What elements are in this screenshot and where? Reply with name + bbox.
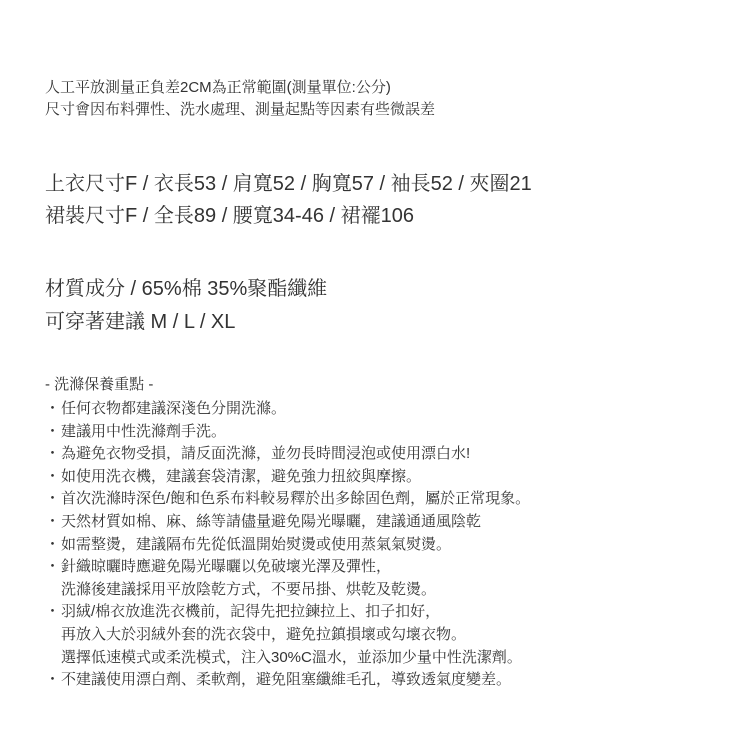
bullet-dot: ・ xyxy=(45,421,61,444)
care-instruction-continuation-line: 洗滌後建議採用平放陰乾方式，不要吊掛、烘乾及乾燙。 xyxy=(45,579,710,602)
skirt-size-line: 裙裝尺寸F / 全長89 / 腰寬34-46 / 裙襬106 xyxy=(45,200,710,232)
bullet-dot: ・ xyxy=(45,443,61,466)
care-instruction-text: 天然材質如棉、麻、絲等請儘量避免陽光曝曬，建議通通風陰乾 xyxy=(61,513,481,530)
bullet-dot: ・ xyxy=(45,488,61,511)
measurement-note-line2: 尺寸會因布料彈性、洗水處理、測量起點等因素有些微誤差 xyxy=(45,99,710,121)
care-instruction-line: ・如使用洗衣機，建議套袋清潔，避免強力扭絞與摩擦。 xyxy=(45,466,710,489)
care-instruction-line: ・建議用中性洗滌劑手洗。 xyxy=(45,421,710,444)
care-instruction-text: 洗滌後建議採用平放陰乾方式，不要吊掛、烘乾及乾燙。 xyxy=(61,581,436,598)
top-size-line: 上衣尺寸F / 衣長53 / 肩寬52 / 胸寬57 / 袖長52 / 夾圈21 xyxy=(45,168,710,200)
care-instruction-line: ・羽絨/棉衣放進洗衣機前，記得先把拉鍊拉上、扣子扣好， xyxy=(45,601,710,624)
bullet-dot: ・ xyxy=(45,466,61,489)
bullet-dot: ・ xyxy=(45,669,61,692)
care-section-title: - 洗滌保養重點 - xyxy=(45,374,710,396)
product-detail-page: 人工平放測量正負差2CM為正常範圍(測量單位:公分) 尺寸會因布料彈性、洗水處理… xyxy=(0,0,750,750)
care-instruction-text: 不建議使用漂白劑、柔軟劑，避免阻塞纖維毛孔，導致透氣度變差。 xyxy=(61,671,511,688)
size-recommendation-line: 可穿著建議 M / L / XL xyxy=(45,306,710,339)
care-section: - 洗滌保養重點 - ・任何衣物都建議深淺色分開洗滌。 ・建議用中性洗滌劑手洗。… xyxy=(45,374,710,692)
material-composition-line: 材質成分 / 65%棉 35%聚酯纖維 xyxy=(45,273,710,306)
care-instruction-line: ・為避免衣物受損，請反面洗滌，並勿長時間浸泡或使用漂白水! xyxy=(45,443,710,466)
care-instruction-line: ・不建議使用漂白劑、柔軟劑，避免阻塞纖維毛孔，導致透氣度變差。 xyxy=(45,669,710,692)
measurement-note-line1: 人工平放測量正負差2CM為正常範圍(測量單位:公分) xyxy=(45,77,710,99)
care-instruction-text: 羽絨/棉衣放進洗衣機前，記得先把拉鍊拉上、扣子扣好， xyxy=(61,603,440,620)
care-instruction-text: 針織晾曬時應避免陽光曝曬以免破壞光澤及彈性， xyxy=(61,558,391,575)
care-instruction-text: 為避免衣物受損，請反面洗滌，並勿長時間浸泡或使用漂白水! xyxy=(61,445,470,462)
care-instruction-line: ・任何衣物都建議深淺色分開洗滌。 xyxy=(45,398,710,421)
material-info: 材質成分 / 65%棉 35%聚酯纖維 可穿著建議 M / L / XL xyxy=(45,273,710,339)
bullet-dot: ・ xyxy=(45,511,61,534)
care-instruction-text: 如需整燙，建議隔布先從低溫開始熨燙或使用蒸氣氣熨燙。 xyxy=(61,536,451,553)
bullet-dot: ・ xyxy=(45,398,61,421)
care-instruction-line: ・首次洗滌時深色/飽和色系布料較易釋於出多餘固色劑，屬於正常現象。 xyxy=(45,488,710,511)
care-instruction-text: 如使用洗衣機，建議套袋清潔，避免強力扭絞與摩擦。 xyxy=(61,468,421,485)
bullet-dot: ・ xyxy=(45,534,61,557)
care-instruction-text: 建議用中性洗滌劑手洗。 xyxy=(61,423,226,440)
bullet-dot: ・ xyxy=(45,556,61,579)
size-info: 上衣尺寸F / 衣長53 / 肩寬52 / 胸寬57 / 袖長52 / 夾圈21… xyxy=(45,168,710,232)
care-instruction-text: 選擇低速模式或柔洗模式，注入30%C溫水，並添加少量中性洗潔劑。 xyxy=(61,649,522,666)
care-instruction-line: ・如需整燙，建議隔布先從低溫開始熨燙或使用蒸氣氣熨燙。 xyxy=(45,534,710,557)
care-instruction-line: ・天然材質如棉、麻、絲等請儘量避免陽光曝曬，建議通通風陰乾 xyxy=(45,511,710,534)
care-instruction-text: 首次洗滌時深色/飽和色系布料較易釋於出多餘固色劑，屬於正常現象。 xyxy=(61,490,530,507)
measurement-note: 人工平放測量正負差2CM為正常範圍(測量單位:公分) 尺寸會因布料彈性、洗水處理… xyxy=(45,77,710,120)
care-instruction-continuation-line: 再放入大於羽絨外套的洗衣袋中，避免拉鎮損壞或勾壞衣物。 xyxy=(45,624,710,647)
care-instructions-list: ・任何衣物都建議深淺色分開洗滌。 ・建議用中性洗滌劑手洗。 ・為避免衣物受損，請… xyxy=(45,398,710,692)
care-instruction-line: ・針織晾曬時應避免陽光曝曬以免破壞光澤及彈性， xyxy=(45,556,710,579)
care-instruction-text: 再放入大於羽絨外套的洗衣袋中，避免拉鎮損壞或勾壞衣物。 xyxy=(61,626,466,643)
bullet-dot: ・ xyxy=(45,601,61,624)
care-instruction-text: 任何衣物都建議深淺色分開洗滌。 xyxy=(61,400,286,417)
care-instruction-continuation-line: 選擇低速模式或柔洗模式，注入30%C溫水，並添加少量中性洗潔劑。 xyxy=(45,647,710,670)
